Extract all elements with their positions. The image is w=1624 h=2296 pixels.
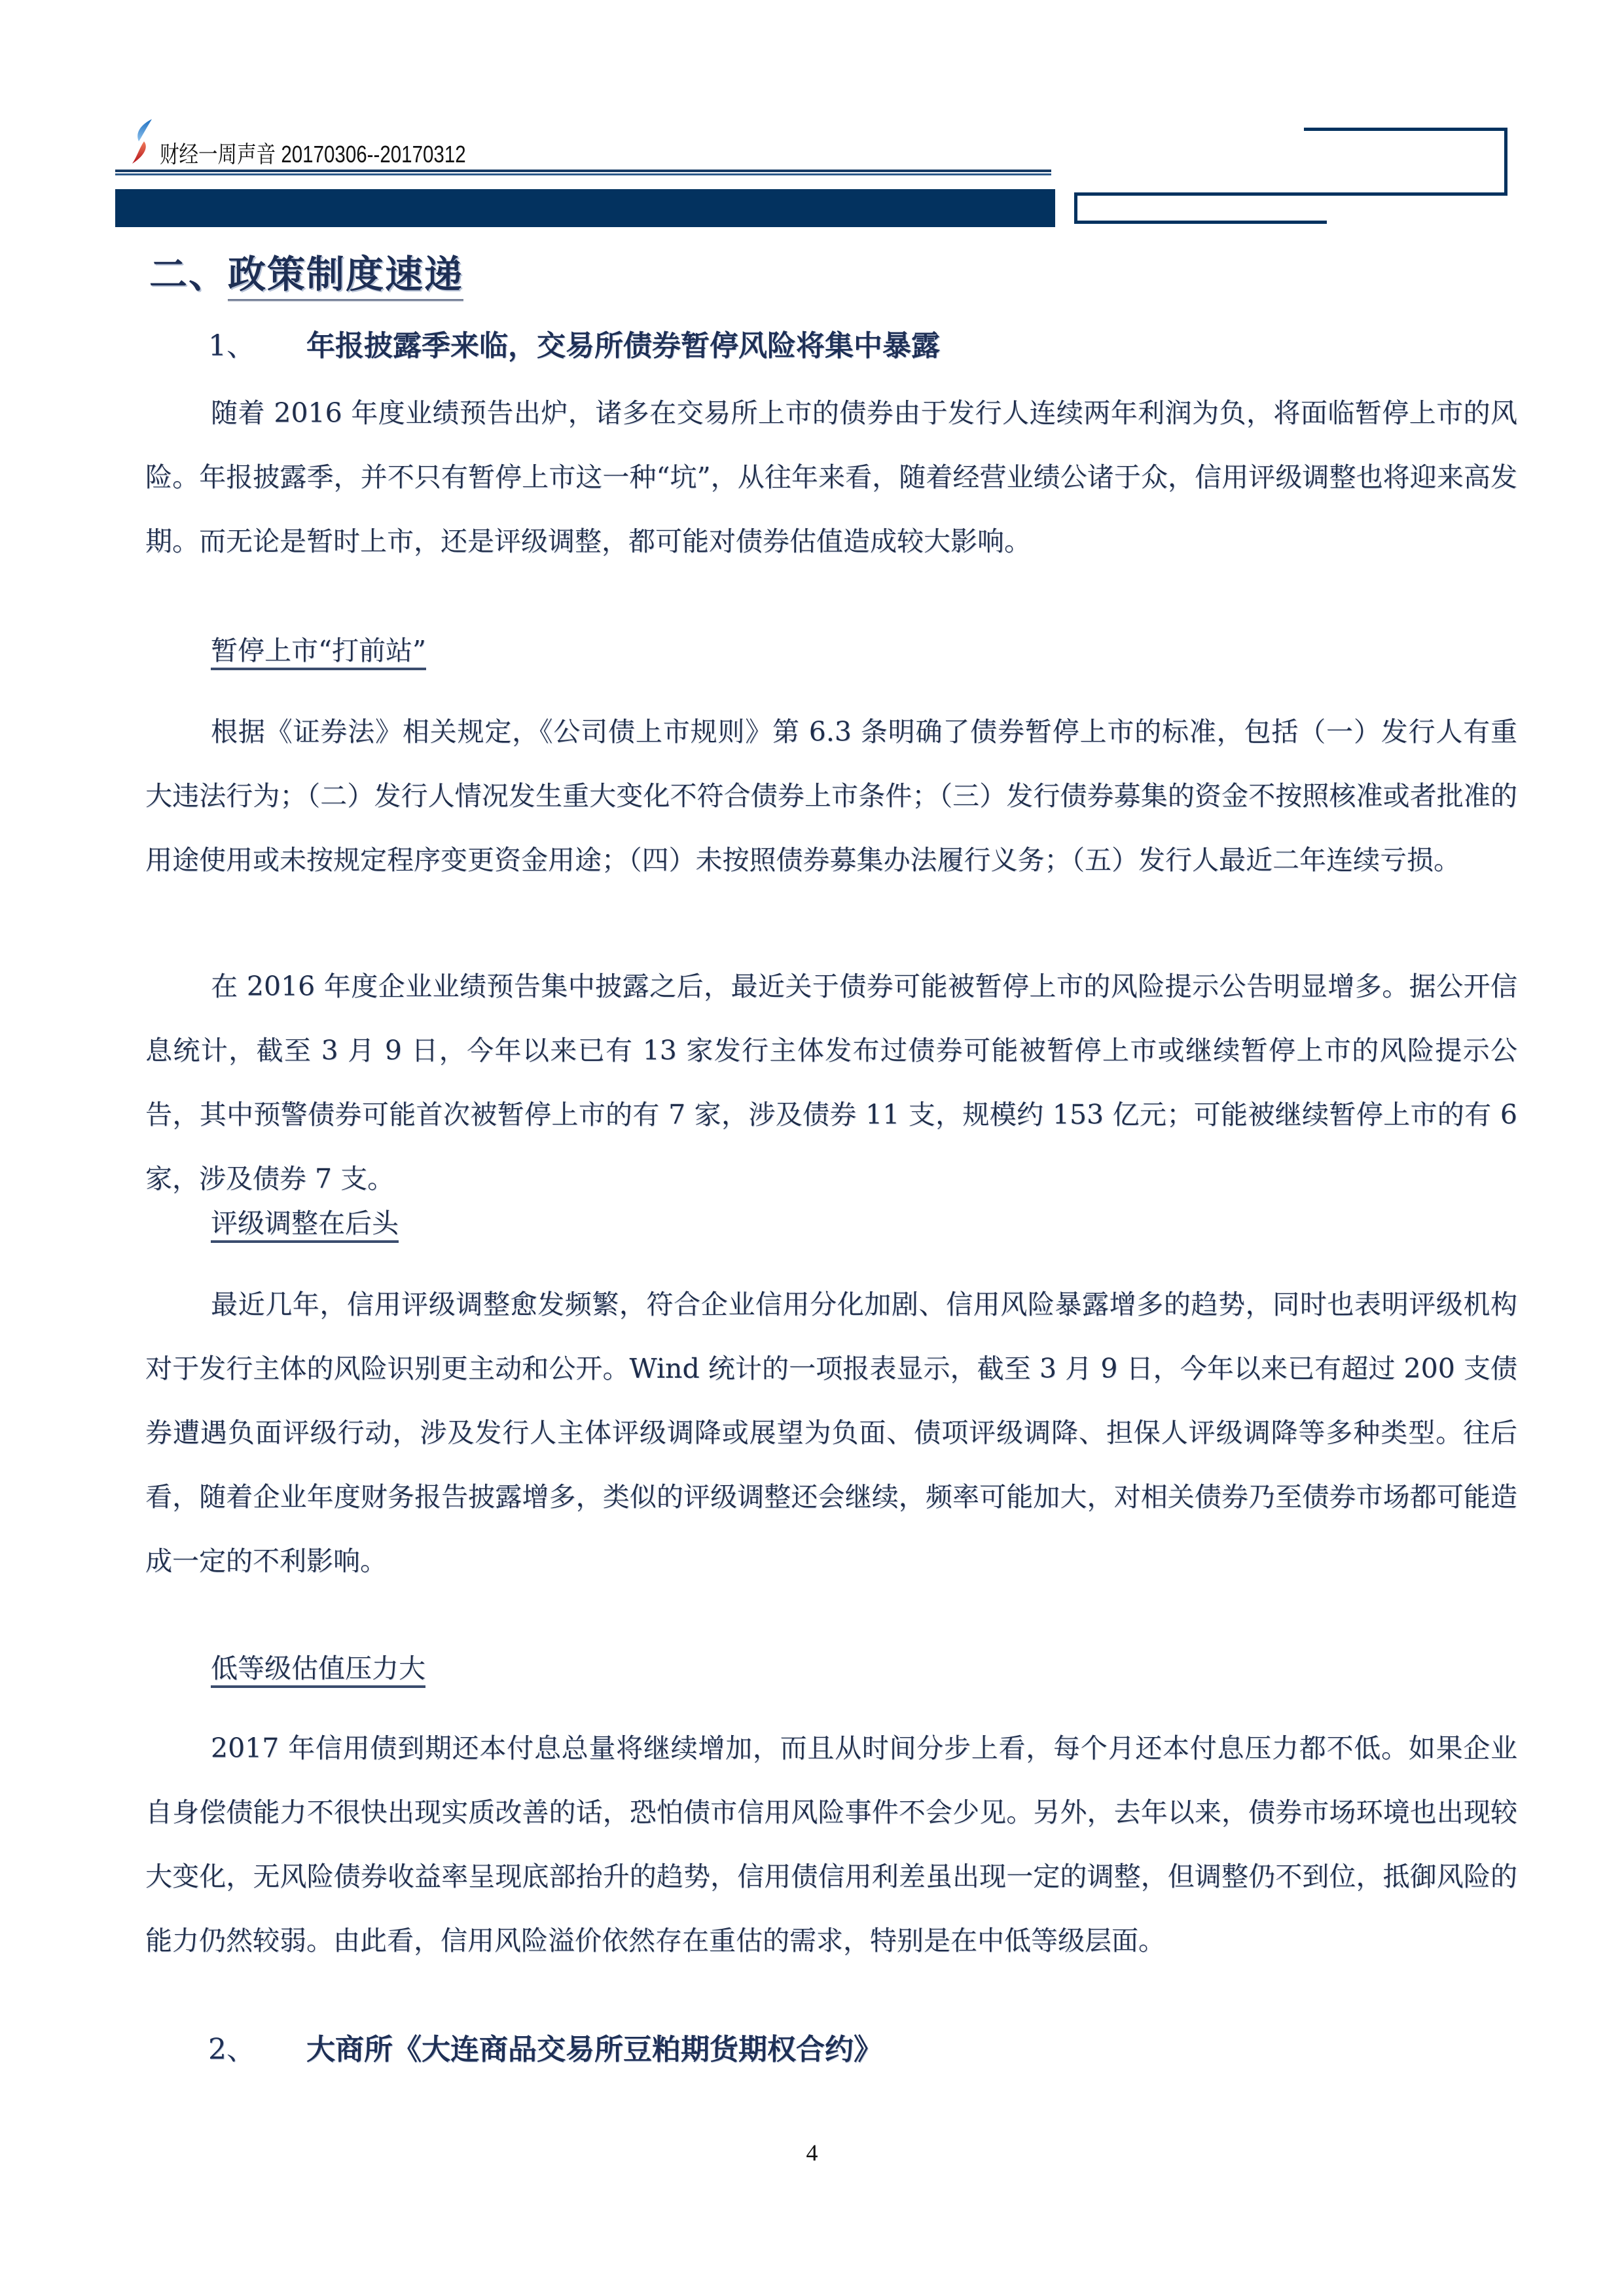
paragraph: 随着 2016 年度业绩预告出炉，诸多在交易所上市的债券由于发行人连续两年利润为…	[145, 381, 1517, 573]
header-rule	[115, 173, 1051, 175]
header-bracket-decoration	[1074, 192, 1077, 224]
header-rule	[115, 170, 1051, 172]
section-prefix: 二、	[149, 252, 228, 296]
brand-logo-icon	[130, 118, 156, 165]
subsection-heading: 暂停上市“打前站”	[211, 634, 426, 670]
article-heading: 1、年报披露季来临，交易所债券暂停风险将集中暴露	[208, 322, 940, 364]
article-number: 1、	[208, 322, 306, 364]
article-heading: 2、大商所《大连商品交易所豆粕期货期权合约》	[208, 2026, 882, 2068]
article-number: 2、	[208, 2026, 306, 2068]
header-title: 财经一周声音 20170306--20170312	[160, 136, 466, 170]
paragraph: 2017 年信用债到期还本付息总量将继续增加，而且从时间分步上看，每个月还本付息…	[145, 1716, 1517, 1973]
paragraph: 最近几年，信用评级调整愈发频繁，符合企业信用分化加剧、信用风险暴露增多的趋势，同…	[145, 1272, 1517, 1593]
paragraph: 根据《证券法》相关规定，《公司债上市规则》第 6.3 条明确了债券暂停上市的标准…	[145, 700, 1517, 892]
subsection-heading: 低等级估值压力大	[211, 1651, 425, 1688]
header-bracket-decoration	[1074, 192, 1507, 196]
header-bracket-decoration	[1074, 221, 1327, 224]
paragraph: 在 2016 年度企业业绩预告集中披露之后，最近关于债券可能被暂停上市的风险提示…	[145, 954, 1517, 1211]
header-bracket-decoration	[1504, 128, 1507, 196]
article-title: 大商所《大连商品交易所豆粕期货期权合约》	[306, 2033, 882, 2066]
page-number: 4	[0, 2139, 1624, 2166]
article-title: 年报披露季来临，交易所债券暂停风险将集中暴露	[306, 329, 940, 363]
section-title-text: 政策制度速递	[228, 252, 463, 301]
section-title: 二、政策制度速递	[149, 243, 463, 298]
header-bracket-decoration	[1304, 128, 1507, 131]
subsection-heading: 评级调整在后头	[211, 1206, 399, 1243]
header-band	[115, 189, 1055, 227]
